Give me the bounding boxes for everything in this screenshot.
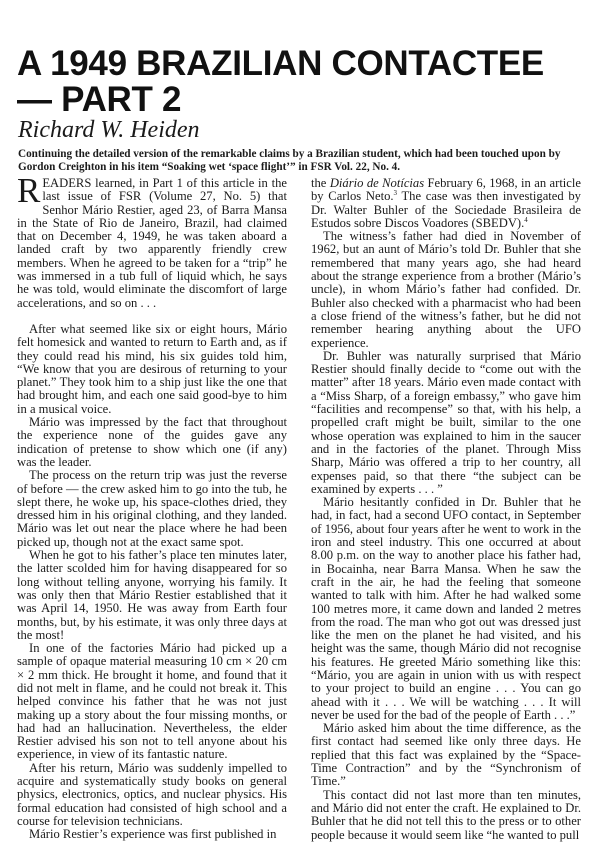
footnote-ref: 4: [524, 216, 528, 224]
paragraph: After his return, Mário was suddenly imp…: [17, 762, 287, 828]
standfirst: Continuing the detailed version of the r…: [18, 148, 583, 174]
paragraph: When he got to his father’s place ten mi…: [17, 549, 287, 642]
paragraph: Mário hesitantly confided in Dr. Buhler …: [311, 496, 581, 722]
publication-name: Diário de Notícias: [330, 176, 424, 190]
paragraph: After what seemed like six or eight hour…: [17, 323, 287, 416]
right-column: the Diário de Notícias February 6, 1968,…: [311, 177, 581, 842]
article-title: A 1949 BRAZILIAN CONTACTEE — PART 2: [17, 46, 587, 118]
author-byline: Richard W. Heiden: [18, 116, 200, 144]
paragraph: READERS learned, in Part 1 of this artic…: [17, 177, 287, 310]
paragraph: The witness’s father had died in Novembe…: [311, 230, 581, 350]
paragraph: Dr. Buhler was naturally surprised that …: [311, 350, 581, 496]
paragraph: The process on the return trip was just …: [17, 469, 287, 549]
paragraph: Mário was impressed by the fact that thr…: [17, 416, 287, 469]
paragraph: Mário asked him about the time differenc…: [311, 722, 581, 788]
paragraph: In one of the factories Mário had picked…: [17, 642, 287, 762]
paragraph: Mário Restier’s experience was first pub…: [17, 828, 287, 841]
drop-cap: R: [17, 178, 40, 204]
left-column: READERS learned, in Part 1 of this artic…: [17, 177, 287, 842]
paragraph: This contact did not last more than ten …: [311, 789, 581, 842]
title-line-1: A 1949 BRAZILIAN CONTACTEE: [17, 46, 587, 82]
title-line-2: — PART 2: [17, 82, 587, 118]
paragraph: the Diário de Notícias February 6, 1968,…: [311, 177, 581, 230]
